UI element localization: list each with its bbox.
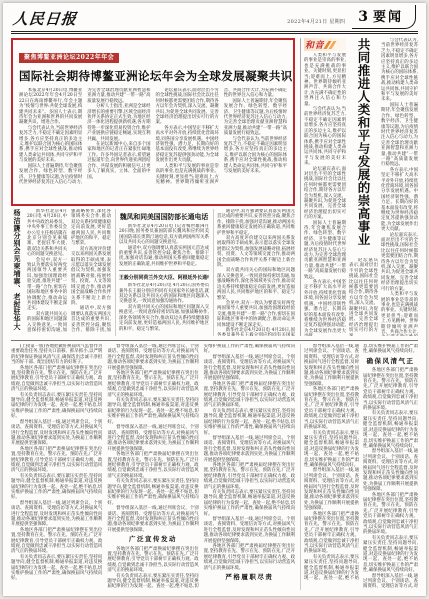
body-paragraph: 督导组深入基层一线,通过列席会议、个别谈话、查阅资料、受理信访等方式,对换届风气… <box>11 420 102 447</box>
body-paragraph: 与会代表认为,当前世界经济复苏乏力,不稳定不确定因素明显增多,各方应坚持真正的多… <box>304 107 346 166</box>
body-paragraph: 各地区各部门把严肃换届纪律摆在突出位置,坚持教育在先、警示在先、预防在先,广泛开… <box>304 512 359 555</box>
body-paragraph: 有关负责同志表示,要压紧压实责任,坚持问题导向,健全监督机制,畅通举报渠道,对违… <box>204 490 295 517</box>
body-paragraph: 有关负责同志表示,要压紧压实责任,坚持问题导向,健全监督机制,畅通举报渠道,对违… <box>11 555 102 582</box>
body-paragraph: 国际人士普遍期待,年会聚焦发展合作、绿色转型、数字经济、卫生健康等议题,为后疫情… <box>381 103 418 168</box>
body-paragraph: 双方高度评价建交以来两国关系发展取得的丰硕成果,表示愿以落实全球发展倡议为契机,… <box>217 236 295 268</box>
body-paragraph: 督导组深入基层一线,通过列席会议、个别谈话、查阅资料、受理信访等方式,对换届风气… <box>11 501 102 528</box>
heyin-right-column: 与会代表认为,当前世界经济复苏乏力,不稳定不确定因素明显增多,各方应坚持真正的多… <box>381 38 418 336</box>
series-tag: 聚焦博鳌亚洲论坛2022年年会 <box>19 53 119 63</box>
body-paragraph: 分析人士指出,亚洲是全球经济增长的重要引擎,区域全面经济伙伴关系协定正式生效,为… <box>87 104 150 142</box>
body-paragraph: 双方高度评价建交以来两国关系发展取得的丰硕成果,表示愿以落实全球发展倡议为契机,… <box>71 247 111 306</box>
body-paragraph: 各地区各部门把严肃换届纪律摆在突出位置,坚持教育在先、警示在先、预防在先,广泛开… <box>204 382 295 409</box>
body-paragraph: 各地区各部门把严肃换届纪律摆在突出位置,坚持教育在先、警示在先、预防在先,广泛开… <box>107 547 198 574</box>
heyin-right-text: 与会代表认为,当前世界经济复苏乏力,不稳定不确定因素明显增多,各方应坚持真正的多… <box>381 38 418 336</box>
body-paragraph: 与会代表认为,当前世界经济复苏乏力,不稳定不确定因素明显增多,各方应坚持真正的多… <box>224 137 287 175</box>
body-paragraph: 督导组深入基层一线,通过列席会议、个别谈话、查阅资料、受理信访等方式,对换届风气… <box>204 517 295 544</box>
section-rule <box>11 340 418 341</box>
body-paragraph: 有关负责同志表示,要压紧压实责任,坚持问题导向,健全监督机制,畅通举报渠道,对违… <box>11 474 102 501</box>
heyin-headline: 共同推进人类和平与发展的崇高事业 <box>349 38 378 254</box>
body-paragraph: 论坛嘉宾表示,面对层出不穷的全球性挑战,国际社会比以往任何时候都更需要团结合作,… <box>304 167 346 221</box>
date-text: 2022年4月21日 星期四 <box>287 18 345 29</box>
body-paragraph: 双方就共同关心的国际和地区问题深入交换意见,一致同意保持密切沟通,加强战略协作,… <box>217 268 295 300</box>
heyin-intro-text: 人类和平与发展的事业是崇高的事业,也是充满挑战的事业。关键时刻,更显担当;迎难而… <box>304 53 346 336</box>
article-subhead: 广泛宣传发动 <box>107 537 198 542</box>
body-paragraph: 新华社北京4月20日电 4月20日,国务委员兼外长王毅分别应约同有关国家外长通电… <box>217 328 295 336</box>
wang-body-text: 新华社北京4月20日电 4月20日,国务委员兼外长王毅分别应约同有关国家外长通电… <box>119 283 209 332</box>
boao-lead-article: 聚焦博鳌亚洲论坛2022年年会 国际社会期待博鳌亚洲论坛年会为全球发展凝聚共识 … <box>11 38 295 206</box>
page-number: 3 <box>358 9 368 25</box>
heyin-mid-text: 论坛嘉宾表示,面对层出不穷的全球性挑战,国际社会比以往任何时候都更需要团结合作,… <box>349 258 378 336</box>
body-paragraph: 论坛嘉宾表示,面对层出不穷的全球性挑战,国际社会比以往任何时候都更需要团结合作,… <box>349 258 378 336</box>
body-paragraph: 有关负责同志表示,要压紧压实责任,坚持问题导向,健全监督机制,畅通举报渠道,对违… <box>204 409 295 436</box>
body-paragraph: 国际人士普遍期待,年会聚焦发展合作、绿色转型、数字经济、卫生健康等议题,为后疫情… <box>224 99 287 137</box>
body-paragraph: (上接第一版)各地把做好换届风气监督作为重要政治任务,坚持关口前移、抓早抓小,以… <box>11 344 102 366</box>
body-paragraph: 新华社北京4月20日电 (记者梅世雄)4月20日晚,国务委员兼国防部长魏凤和应约… <box>119 224 209 246</box>
body-paragraph: 督导组深入基层一线,通过列席会议、个别谈话、查阅资料、受理信访等方式,对换届风气… <box>204 436 295 463</box>
body-paragraph: 督导组深入基层一线,通过列席会议、个别谈话、查阅资料、受理信访等方式,对换届风气… <box>363 449 418 492</box>
body-paragraph: 新华社北京4月20日电 4月20日,国务委员兼外长王毅分别应约同有关国家外长通电… <box>119 283 209 305</box>
body-paragraph: 各地区各部门把严肃换届纪律摆在突出位置,坚持教育在先、警示在先、预防在先,广泛开… <box>363 493 418 536</box>
body-paragraph: 通话中,双方强调要认真落实两国元首达成的重要共识,妥善管控分歧,聚焦合作、排除干… <box>119 246 209 268</box>
article-divider <box>119 270 209 271</box>
body-paragraph: 各地区各部门把严肃换届纪律摆在突出位置,坚持教育在先、警示在先、预防在先,广泛开… <box>204 544 295 571</box>
heyin-headline-column: 共同推进人类和平与发展的崇高事业 论坛嘉宾表示,面对层出不穷的全球性挑战,国际社… <box>349 38 378 336</box>
body-paragraph: 各方表示,中国坚定不移扩大高水平对外开放,持续优化营商环境,同各国分享发展机遇。… <box>156 126 219 164</box>
article-subhead: 严格履职尽责 <box>204 575 295 580</box>
body-paragraph: 有关负责同志表示,要压紧压实责任,坚持问题导向,健全监督机制,畅通举报渠道,对违… <box>363 536 418 574</box>
body-paragraph: 国际人士普遍期待,年会聚焦发展合作、绿色转型、数字经济、卫生健康等议题,为后疫情… <box>304 221 346 280</box>
section-title: 要闻 <box>373 6 403 25</box>
body-paragraph: 有关负责同志表示,要压紧压实责任,坚持问题导向,健全监督机制,畅通举报渠道,对违… <box>363 411 418 449</box>
newspaper-logo: 人民日报 <box>12 8 78 29</box>
article-subhead: 确保风清气正 <box>363 359 418 364</box>
body-paragraph: 在论坛新闻中心,来自多个国家和地区的记者正在紧张忙碌地工作。许多外国记者表示,希… <box>87 142 150 180</box>
body-paragraph: 通话中,双方强调要认真落实两国元首达成的重要共识,妥善管控分歧,聚焦合作、排除干… <box>217 209 295 236</box>
body-paragraph: 本报北京4月20日电 博鳌亚洲论坛2022年年会4月20日至22日在海南博鳌举行… <box>19 88 82 126</box>
continued-article-left: (上接第一版)各地把做好换届风气监督作为重要政治任务,坚持关口前移、抓早抓小,以… <box>11 344 295 590</box>
page-number-badge: 3 要闻 <box>352 5 416 29</box>
body-paragraph: 各方表示,中国坚定不移扩大高水平对外开放,持续优化营商环境,同各国分享发展机遇。… <box>304 280 346 336</box>
body-paragraph: 新华社北京4月20日电 4月20日,中共中央政治局委员、中央外事工作委员会办公室… <box>27 209 67 258</box>
body-paragraph: 双方就共同关心的国际和地区问题深入交换意见,一致同意保持密切沟通,加强战略协作,… <box>119 305 209 332</box>
body-paragraph: 论坛嘉宾表示,面对层出不穷的全球性挑战,国际社会比以往任何时候都更需要团结合作,… <box>156 88 219 126</box>
heyin-label-banner: 和音 <box>304 38 346 51</box>
body-paragraph: 有关负责同志表示,要压紧压实责任,坚持问题导向,健全监督机制,畅通举报渠道,对违… <box>107 479 198 506</box>
body-paragraph: 各地区各部门把严肃换届纪律摆在突出位置,坚持教育在先、警示在先、预防在先,广泛开… <box>11 366 102 393</box>
masthead: 人民日报 2022年4月21日 星期四 3 要闻 <box>3 3 426 31</box>
masthead-right: 2022年4月21日 星期四 3 要闻 <box>287 5 416 29</box>
wei-headline: 魏凤和同美国国防部长通电话 <box>119 211 209 221</box>
body-paragraph: 督导组深入基层一线,通过列席会议、个别谈话、查阅资料、受理信访等方式,对换届风气… <box>107 425 198 452</box>
body-paragraph: 会见中,双方一致认为要落实好两党两国领导人重要共识,加强治国理政经验交流,推进共… <box>217 301 295 328</box>
boao-body-text: 本报北京4月20日电 博鳌亚洲论坛2022年年会4月20日至22日在海南博鳌举行… <box>19 88 287 206</box>
wei-body-text: 新华社北京4月20日电 (记者梅世雄)4月20日晚,国务委员兼国防部长魏凤和应约… <box>119 224 209 267</box>
body-paragraph: 会见中,双方一致认为要落实好两党两国领导人重要共识,加强治国理政经验交流,推进共… <box>27 258 67 312</box>
body-paragraph: 督导组深入基层一线,通过列席会议、个别谈话、查阅资料、受理信访等方式,对换届风气… <box>107 344 198 371</box>
body-paragraph: 各地区各部门把严肃换届纪律摆在突出位置,坚持教育在先、警示在先、预防在先,广泛开… <box>107 371 198 398</box>
yang-headline: 杨洁篪分别会见柬埔寨、老挝驻华大使 <box>11 209 24 336</box>
main-headline: 国际社会期待博鳌亚洲论坛年会为全球发展凝聚共识 <box>19 68 287 84</box>
heyin-commentary: 和音 人类和平与发展的事业是崇高的事业,也是充满挑战的事业。关键时刻,更显担当;… <box>300 38 418 336</box>
body-paragraph: 督导组深入基层一线,通过列席会议、个别谈话、查阅资料、受理信访等方式,对换届风气… <box>304 468 359 511</box>
bottom-region: (上接第一版)各地把做好换届风气监督作为重要政治任务,坚持关口前移、抓早抓小,以… <box>3 344 426 590</box>
defense-diplomacy-column: 魏凤和同美国国防部长通电话 新华社北京4月20日电 (记者梅世雄)4月20日晚,… <box>115 209 209 336</box>
yang-body-text: 新华社北京4月20日电 4月20日,中共中央政治局委员、中央外事工作委员会办公室… <box>27 209 111 336</box>
body-paragraph: 督导组深入基层一线,通过列席会议、个别谈话、查阅资料、受理信访等方式,对换届风气… <box>304 344 359 387</box>
body-paragraph: 有关负责同志表示,要压紧压实责任,坚持问题导向,健全监督机制,畅通举报渠道,对违… <box>304 431 359 469</box>
upper-region: 聚焦博鳌亚洲论坛2022年年会 国际社会期待博鳌亚洲论坛年会为全球发展凝聚共识 … <box>3 34 426 336</box>
body-paragraph: 有关负责同志表示,要压紧压实责任,坚持问题导向,健全监督机制,畅通举报渠道,对违… <box>107 398 198 425</box>
continued-article-right: 督导组深入基层一线,通过列席会议、个别谈话、查阅资料、受理信访等方式,对换届风气… <box>300 344 418 590</box>
body-paragraph: 各地区各部门把严肃换届纪律摆在突出位置,坚持教育在先、警示在先、预防在先,广泛开… <box>11 447 102 474</box>
middle-band: 杨洁篪分别会见柬埔寨、老挝驻华大使 新华社北京4月20日电 4月20日,中共中央… <box>11 209 295 336</box>
body-paragraph: 各方表示,中国坚定不移扩大高水平对外开放,持续优化营商环境,同各国分享发展机遇。… <box>381 168 418 233</box>
body-paragraph: 论坛嘉宾表示,面对层出不穷的全球性挑战,国际社会比以往任何时候都更需要团结合作,… <box>381 233 418 292</box>
yang-article: 杨洁篪分别会见柬埔寨、老挝驻华大使 新华社北京4月20日电 4月20日,中共中央… <box>11 209 111 336</box>
heyin-intro-column: 和音 人类和平与发展的事业是崇高的事业,也是充满挑战的事业。关键时刻,更显担当;… <box>304 38 346 336</box>
body-paragraph: 各地区各部门把严肃换届纪律摆在突出位置,坚持教育在先、警示在先、预防在先,广泛开… <box>204 463 295 490</box>
wang-headline: 王毅分别同荷兰外交大臣、阿根廷外长通电话 <box>119 274 209 281</box>
body-paragraph: 有关负责同志表示,要压紧压实责任,坚持问题导向,健全监督机制,畅通举报渠道,对违… <box>11 393 102 420</box>
body-paragraph: 人类和平与发展的事业是崇高的事业,也是充满挑战的事业。关键时刻,更显担当;迎难而… <box>304 53 346 107</box>
column-label: 和音 <box>305 38 324 51</box>
body-paragraph: 督导组深入基层一线,通过列席会议、个别谈话、查阅资料、受理信访等方式,对换届风气… <box>204 355 295 382</box>
body-paragraph: 各地区各部门把严肃换届纪律摆在突出位置,坚持教育在先、警示在先、预防在先,广泛开… <box>363 368 418 411</box>
body-paragraph: 各地区各部门把严肃换届纪律摆在突出位置,坚持教育在先、警示在先、预防在先,广泛开… <box>304 387 359 430</box>
middle-continuation-text: 通话中,双方强调要认真落实两国元首达成的重要共识,妥善管控分歧,聚焦合作、排除干… <box>213 209 295 336</box>
newspaper-page: 人民日报 2022年4月21日 星期四 3 要闻 聚焦博鳌亚洲论坛2022年年会… <box>3 3 426 596</box>
body-paragraph: 督导组深入基层一线,通过列席会议、个别谈话、查阅资料、受理信访等方式,对换届风气… <box>107 506 198 533</box>
body-paragraph: 与会代表认为,当前世界经济复苏乏力,不稳定不确定因素明显增多,各方应坚持真正的多… <box>19 126 82 164</box>
body-paragraph: 各地区各部门把严肃换届纪律摆在突出位置,坚持教育在先、警示在先、预防在先,广泛开… <box>11 528 102 555</box>
body-paragraph: 与会代表认为,当前世界经济复苏乏力,不稳定不确定因素明显增多,各方应坚持真正的多… <box>381 38 418 103</box>
left-main-column: 聚焦博鳌亚洲论坛2022年年会 国际社会期待博鳌亚洲论坛年会为全球发展凝聚共识 … <box>11 38 295 336</box>
body-paragraph: 各地区各部门把严肃换届纪律摆在突出位置,坚持教育在先、警示在先、预防在先,广泛开… <box>107 452 198 479</box>
body-paragraph: 人类和平与发展的事业是崇高的事业,也是充满挑战的事业。关键时刻,更显担当;迎难而… <box>381 292 418 336</box>
